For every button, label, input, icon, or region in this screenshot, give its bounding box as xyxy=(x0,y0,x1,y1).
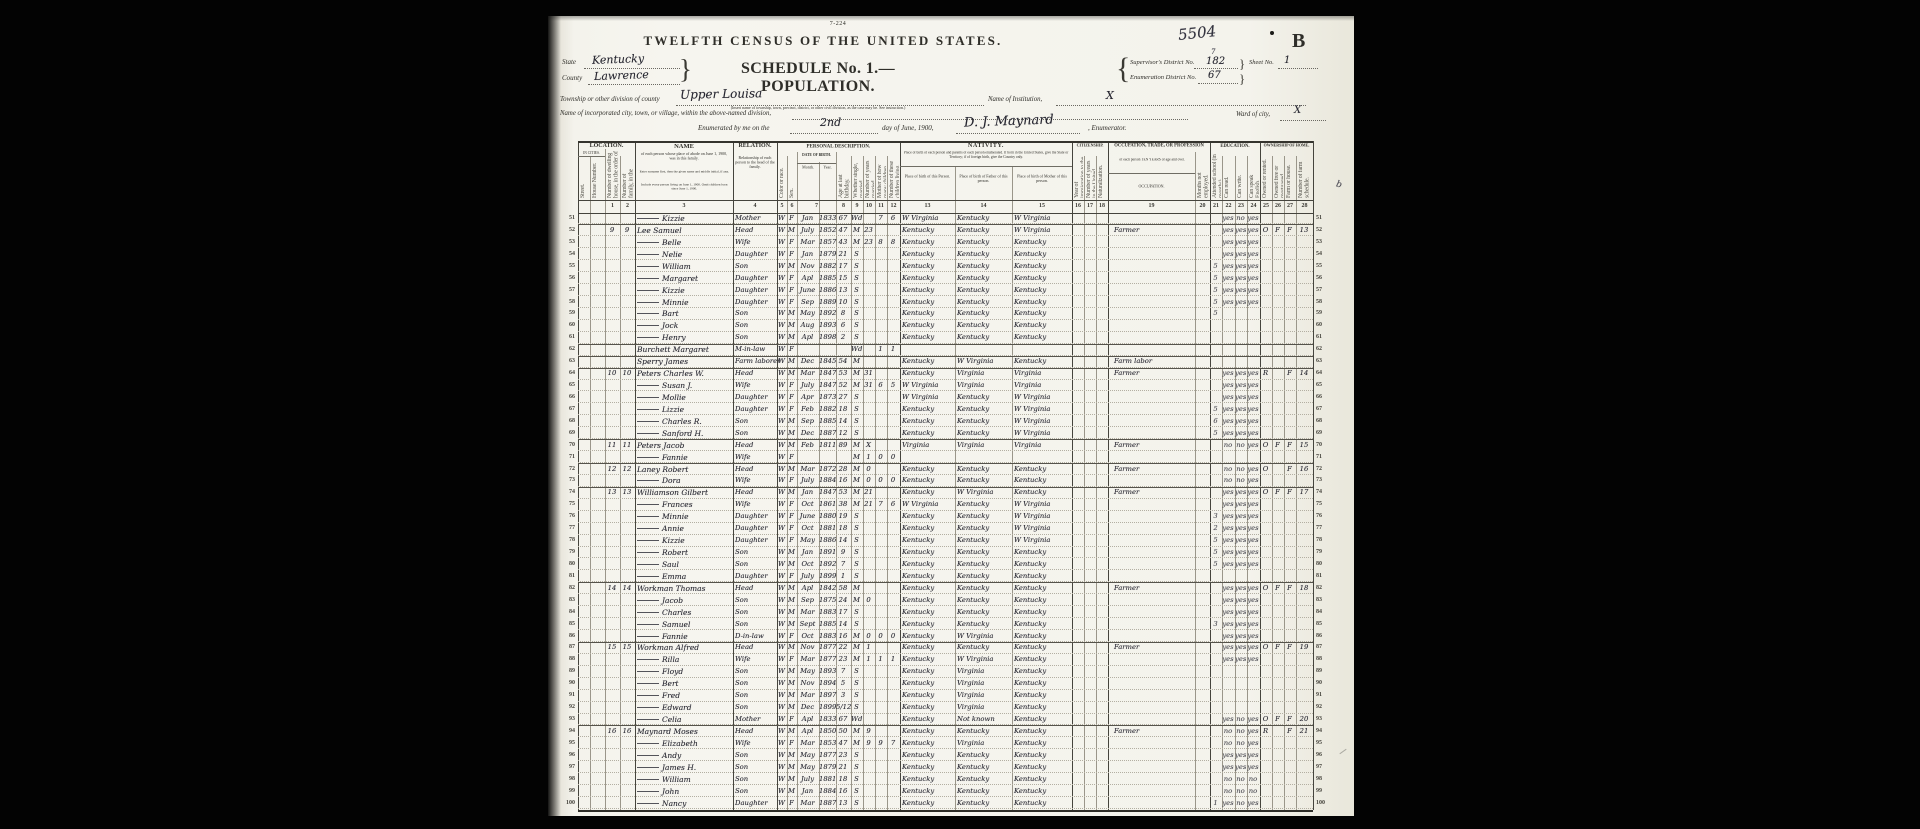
line-number: 58 xyxy=(560,299,575,305)
line-number: 84 xyxy=(560,609,575,615)
line-number: 72 xyxy=(560,466,575,472)
pob-person-box: Place of birth of this Person. xyxy=(901,174,954,196)
county-label: County xyxy=(562,74,582,82)
ditto-surname-dash xyxy=(637,659,659,660)
line-number: 52 xyxy=(1316,227,1334,233)
ditto-surname-dash xyxy=(637,480,659,481)
group-citizenship: CITIZENSHIP. xyxy=(1072,143,1108,148)
cell-rel: Daughter xyxy=(735,799,776,811)
line-number: 70 xyxy=(1316,442,1334,448)
enumerator-suffix: , Enumerator. xyxy=(1088,124,1126,132)
group-name: NAME xyxy=(635,143,733,150)
ditto-surname-dash xyxy=(637,803,659,804)
ditto-surname-dash xyxy=(637,683,659,684)
ditto-surname-dash xyxy=(637,504,659,505)
line-number: 94 xyxy=(1316,728,1334,734)
district-open-brace: { xyxy=(1116,52,1130,86)
line-number: 66 xyxy=(1316,394,1334,400)
line-number: 88 xyxy=(1316,656,1334,662)
line-number: 93 xyxy=(560,716,575,722)
column-label-age: Age at last birthday. xyxy=(838,154,850,198)
line-number: 60 xyxy=(560,322,575,328)
ditto-surname-dash xyxy=(637,624,659,625)
column-number: 17 xyxy=(1084,203,1096,209)
supervisor-value: 182 xyxy=(1206,56,1225,67)
group-location: LOCATION. xyxy=(578,143,635,149)
enumeration-district-label: Enumeration District No. xyxy=(1130,74,1196,81)
line-number: 83 xyxy=(1316,597,1334,603)
column-number: 23 xyxy=(1235,203,1247,209)
page-title: TWELFTH CENSUS OF THE UNITED STATES. xyxy=(598,33,1048,49)
column-number: 9 xyxy=(851,203,863,209)
ink-dot xyxy=(1270,31,1274,35)
nativity-desc-box: Place of birth of each person and parent… xyxy=(902,151,1070,164)
column-label-owned_rented: Owned or rented. xyxy=(1262,154,1271,198)
line-number: 90 xyxy=(1316,680,1334,686)
pob-mother-box: Place of birth of Mother of this person. xyxy=(1013,174,1071,196)
group-citizenship-box: CITIZENSHIP. xyxy=(1072,143,1108,151)
ward-value: X xyxy=(1294,105,1301,116)
grid-horizontal-line xyxy=(1108,173,1195,174)
year-label: Year. xyxy=(819,165,836,170)
cell-sex: F xyxy=(787,799,796,811)
supervisor-label: Supervisor's District No. xyxy=(1130,59,1194,66)
relation-desc: Relationship of each person to the head … xyxy=(734,156,776,169)
corner-letter: B xyxy=(1292,30,1305,53)
ditto-surname-dash xyxy=(637,516,659,517)
state-county-brace: } xyxy=(679,54,692,85)
enumerated-day: 2nd xyxy=(820,116,841,129)
grid-horizontal-line xyxy=(578,141,1313,143)
column-number: 24 xyxy=(1247,203,1260,209)
cell-pf: Kentucky xyxy=(957,799,1011,811)
ditto-surname-dash xyxy=(637,707,659,708)
line-number: 82 xyxy=(1316,585,1334,591)
line-number: 79 xyxy=(560,549,575,555)
line-number: 94 xyxy=(560,728,575,734)
occupation-desc-box: of each person TEN YEARS of age and over… xyxy=(1110,158,1194,170)
ditto-surname-dash xyxy=(637,779,659,780)
sheet-label: Sheet No. xyxy=(1249,59,1274,66)
supervisor-correction: 7 xyxy=(1211,48,1215,56)
line-number: 76 xyxy=(560,513,575,519)
cell-yr: 1887 xyxy=(819,799,835,811)
cell-pob: Kentucky xyxy=(902,799,954,811)
line-number: 92 xyxy=(1316,704,1334,710)
line-number: 96 xyxy=(1316,752,1334,758)
line-number: 63 xyxy=(560,358,575,364)
line-number: 59 xyxy=(560,310,575,316)
line-number: 91 xyxy=(1316,692,1334,698)
line-number: 55 xyxy=(560,263,575,269)
ditto-surname-dash xyxy=(637,278,659,279)
line-number: 80 xyxy=(560,561,575,567)
line-number: 72 xyxy=(1316,466,1334,472)
group-occupation: OCCUPATION, TRADE, OR PROFESSION xyxy=(1108,143,1210,148)
line-number: 99 xyxy=(560,788,575,794)
column-number: 21 xyxy=(1210,203,1222,209)
line-number: 85 xyxy=(1316,621,1334,627)
line-number: 62 xyxy=(560,346,575,352)
dob-label: DATE OF BIRTH. xyxy=(797,153,836,157)
line-number: 85 xyxy=(560,621,575,627)
column-label-color: Color or race. xyxy=(779,154,786,198)
column-label-immigration: Year of immigration to the United States… xyxy=(1074,154,1083,198)
line-number: 92 xyxy=(560,704,575,710)
ditto-surname-dash xyxy=(637,564,659,565)
line-number: 51 xyxy=(560,215,575,221)
column-number: 5 xyxy=(777,203,787,209)
column-label-family: Number of family, in the order of visita… xyxy=(622,158,634,198)
ditto-surname-dash xyxy=(637,576,659,577)
supervisor-line xyxy=(1194,67,1238,69)
ditto-surname-dash xyxy=(637,266,659,267)
ditto-surname-dash xyxy=(637,719,659,720)
dob-box: DATE OF BIRTH. xyxy=(797,153,836,160)
cell-pm: Kentucky xyxy=(1014,799,1071,811)
line-number: 65 xyxy=(560,382,575,388)
enumerated-day-line xyxy=(790,132,878,134)
ditto-surname-dash xyxy=(637,671,659,672)
line-number: 67 xyxy=(1316,406,1334,412)
line-number: 76 xyxy=(1316,513,1334,519)
line-number: 97 xyxy=(560,764,575,770)
column-label-farm_house: Farm or house. xyxy=(1286,158,1295,198)
ditto-surname-dash xyxy=(637,612,659,613)
ditto-surname-dash xyxy=(637,337,659,338)
column-number: 8 xyxy=(836,203,851,209)
column-number: 27 xyxy=(1284,203,1296,209)
line-number: 86 xyxy=(560,633,575,639)
line-number: 88 xyxy=(560,656,575,662)
column-number: 2 xyxy=(620,203,635,209)
pob-person-label: Place of birth of this Person. xyxy=(901,174,954,179)
cell-en: yes xyxy=(1247,799,1259,811)
census-sheet-page: 7-224 TWELFTH CENSUS OF THE UNITED STATE… xyxy=(548,16,1354,816)
line-number: 98 xyxy=(560,776,575,782)
column-label-years_married: Number of years married. xyxy=(865,158,874,198)
line-number: 74 xyxy=(560,489,575,495)
column-number: 15 xyxy=(1012,203,1072,209)
column-number: 18 xyxy=(1096,203,1108,209)
column-label-read: Can read. xyxy=(1224,158,1234,198)
column-number: 11 xyxy=(875,203,887,209)
column-label-house: House Number. xyxy=(592,158,604,198)
enumeration-close-brace: } xyxy=(1239,71,1245,87)
column-number: 1 xyxy=(605,203,620,209)
state-value: Kentucky xyxy=(592,52,644,67)
institution-line xyxy=(1056,104,1306,106)
group-nativity: NATIVITY. xyxy=(900,143,1072,149)
name-desc1: of each person whose place of abode on J… xyxy=(638,152,730,161)
group-education-box: EDUCATION. xyxy=(1210,143,1260,151)
group-ownership: OWNERSHIP OF HOME. xyxy=(1260,143,1313,148)
line-number: 97 xyxy=(1316,764,1334,770)
column-label-farm_schedule: Number of farm schedule. xyxy=(1298,158,1312,198)
ditto-surname-dash xyxy=(637,313,659,314)
column-label-dwelling: Number of dwelling house, in the order o… xyxy=(607,151,619,198)
occupation-sub-box: OCCUPATION. xyxy=(1108,184,1195,192)
group-relation: RELATION. xyxy=(733,143,777,149)
line-number: 61 xyxy=(560,334,575,340)
line-number: 74 xyxy=(1316,489,1334,495)
column-label-free_mortgaged: Owned free or mortgaged. xyxy=(1274,158,1283,198)
line-number: 73 xyxy=(560,477,575,483)
line-number: 87 xyxy=(560,644,575,650)
column-label-mother_children: Mother of how many children. xyxy=(877,158,886,198)
column-number: 14 xyxy=(955,203,1012,209)
line-number: 87 xyxy=(1316,644,1334,650)
enumeration-line xyxy=(1198,82,1238,84)
column-number: 19 xyxy=(1108,203,1195,209)
cell-mo: Mar xyxy=(797,799,818,811)
line-number: 53 xyxy=(1316,239,1334,245)
screenshot-root: { "page": { "form_number": "7-224", "tit… xyxy=(0,0,1920,829)
line-number: 69 xyxy=(560,430,575,436)
line-number: 52 xyxy=(560,227,575,233)
ward-line xyxy=(1280,119,1326,121)
line-number: 83 xyxy=(560,597,575,603)
line-number: 57 xyxy=(1316,287,1334,293)
line-number: 82 xyxy=(560,585,575,591)
cell-mar: S xyxy=(851,799,862,811)
enumerator-name-line xyxy=(956,132,1080,134)
cell-age: 13 xyxy=(836,799,850,811)
column-number: 25 xyxy=(1260,203,1272,209)
name-desc3: Include every person living on June 1, 1… xyxy=(638,183,730,190)
line-number: 95 xyxy=(560,740,575,746)
cell-wr: no xyxy=(1235,799,1246,811)
sheet-line xyxy=(1278,67,1318,69)
pob-mother-label: Place of birth of Mother of this person. xyxy=(1013,174,1071,183)
ditto-surname-dash xyxy=(637,528,659,529)
ditto-surname-dash xyxy=(637,290,659,291)
column-label-street: Street. xyxy=(580,154,589,198)
margin-mark: b xyxy=(1335,179,1343,190)
line-number: 59 xyxy=(1316,310,1334,316)
column-label-children_living: Number of these children living. xyxy=(889,158,899,198)
grid-horizontal-line xyxy=(797,163,836,164)
relation-desc-box: Relationship of each person to the head … xyxy=(734,156,776,178)
column-label-english: Can speak English. xyxy=(1249,158,1259,198)
line-number: 91 xyxy=(560,692,575,698)
line-number: 100 xyxy=(1316,800,1334,806)
pob-father-box: Place of birth of Father of this person. xyxy=(956,174,1011,196)
ditto-surname-dash xyxy=(637,218,659,219)
ditto-surname-dash xyxy=(637,242,659,243)
line-number: 71 xyxy=(1316,454,1334,460)
column-number: 3 xyxy=(635,203,733,209)
cell-name: Nancy xyxy=(637,799,731,811)
line-number: 77 xyxy=(1316,525,1334,531)
line-number: 63 xyxy=(1316,358,1334,364)
township-value: Upper Louisa xyxy=(680,86,762,101)
line-number: 56 xyxy=(1316,275,1334,281)
sheet-value: 1 xyxy=(1284,55,1290,66)
line-number: 93 xyxy=(1316,716,1334,722)
line-number: 96 xyxy=(560,752,575,758)
ward-label: Ward of city, xyxy=(1236,111,1270,118)
month-label: Month. xyxy=(797,165,819,170)
line-number: 86 xyxy=(1316,633,1334,639)
line-number: 81 xyxy=(1316,573,1334,579)
column-label-months_unemployed: Months not employed. xyxy=(1197,154,1209,198)
column-label-marital: Whether single, married, widowed, or div… xyxy=(853,158,862,198)
enumeration-value: 67 xyxy=(1208,70,1221,81)
ditto-surname-dash xyxy=(637,755,659,756)
line-number: 73 xyxy=(1316,477,1334,483)
name-desc3-box: Include every person living on June 1, 1… xyxy=(638,183,730,197)
column-label-sex: Sex. xyxy=(789,158,796,198)
ditto-surname-dash xyxy=(637,302,659,303)
line-number: 90 xyxy=(560,680,575,686)
name-desc2-box: Enter surname first, then the given name… xyxy=(638,170,730,182)
institution-label: Name of Institution, xyxy=(988,96,1042,103)
nativity-desc: Place of birth of each person and parent… xyxy=(902,151,1070,159)
cell-rd: yes xyxy=(1222,799,1234,811)
line-number: 58 xyxy=(1316,299,1334,305)
line-number: 64 xyxy=(560,370,575,376)
cell-col: W xyxy=(777,799,786,811)
ditto-surname-dash xyxy=(637,457,659,458)
group-personal: PERSONAL DESCRIPTION. xyxy=(777,143,900,149)
group-education: EDUCATION. xyxy=(1210,143,1260,148)
line-number: 75 xyxy=(1316,501,1334,507)
column-label-write: Can write. xyxy=(1237,158,1246,198)
column-label-naturalization: Naturalization. xyxy=(1098,158,1107,198)
column-number: 10 xyxy=(863,203,875,209)
column-number: 26 xyxy=(1272,203,1284,209)
ditto-surname-dash xyxy=(637,743,659,744)
line-number: 62 xyxy=(1316,346,1334,352)
supervisor-close-brace: } xyxy=(1239,56,1245,72)
institution-value: X xyxy=(1106,89,1114,102)
line-number: 78 xyxy=(560,537,575,543)
line-number: 98 xyxy=(1316,776,1334,782)
column-label-school: Attended school (in months). xyxy=(1212,154,1221,198)
column-number: 6 xyxy=(787,203,797,209)
township-label: Township or other division of county xyxy=(560,96,660,103)
ditto-surname-dash xyxy=(637,767,659,768)
grid-horizontal-line xyxy=(578,200,1313,201)
column-number: 12 xyxy=(887,203,900,209)
line-number: 64 xyxy=(1316,370,1334,376)
line-number: 84 xyxy=(1316,609,1334,615)
line-number: 61 xyxy=(1316,334,1334,340)
line-number: 71 xyxy=(560,454,575,460)
group-personal-box: PERSONAL DESCRIPTION. xyxy=(777,143,900,151)
column-number: 20 xyxy=(1195,203,1210,209)
state-label: State xyxy=(562,58,576,66)
column-number: 16 xyxy=(1072,203,1084,209)
ditto-surname-dash xyxy=(637,385,659,386)
line-number: 81 xyxy=(560,573,575,579)
ditto-surname-dash xyxy=(637,791,659,792)
cell-sch: 1 xyxy=(1210,799,1221,811)
line-number: 77 xyxy=(560,525,575,531)
county-line xyxy=(588,83,680,85)
name-desc1-box: of each person whose place of abode on J… xyxy=(638,152,730,168)
line-number: 53 xyxy=(560,239,575,245)
name-desc2: Enter surname first, then the given name… xyxy=(638,170,730,174)
county-value: Lawrence xyxy=(594,68,649,83)
ditto-surname-dash xyxy=(637,254,659,255)
ditto-surname-dash xyxy=(637,325,659,326)
year-box: Year. xyxy=(819,165,836,172)
line-number: 67 xyxy=(560,406,575,412)
line-number: 56 xyxy=(560,275,575,281)
line-number: 68 xyxy=(1316,418,1334,424)
column-number: 7 xyxy=(797,203,836,209)
occupation-desc: of each person TEN YEARS of age and over… xyxy=(1110,158,1194,162)
ditto-surname-dash xyxy=(637,600,659,601)
column-number: 22 xyxy=(1222,203,1235,209)
corner-handwritten-number: 5504 xyxy=(1177,22,1217,44)
ditto-surname-dash xyxy=(637,397,659,398)
column-number: 28 xyxy=(1296,203,1313,209)
line-number: 70 xyxy=(560,442,575,448)
column-number: 4 xyxy=(733,203,777,209)
line-number: 100 xyxy=(560,800,575,806)
enumerator-name: D. J. Maynard xyxy=(964,112,1054,130)
city-label: Name of incorporated city, town, or vill… xyxy=(560,110,771,117)
line-number: 80 xyxy=(1316,561,1334,567)
line-number: 57 xyxy=(560,287,575,293)
column-number: 13 xyxy=(900,203,955,209)
margin-stray-stroke xyxy=(1339,749,1346,754)
line-number: 68 xyxy=(560,418,575,424)
line-number: 78 xyxy=(1316,537,1334,543)
line-number: 69 xyxy=(1316,430,1334,436)
line-number: 75 xyxy=(560,501,575,507)
month-box: Month. xyxy=(797,165,819,172)
line-number: 99 xyxy=(1316,788,1334,794)
column-label-years_us: Number of years in the United States. xyxy=(1086,158,1095,198)
grid-horizontal-line xyxy=(900,166,1072,167)
ditto-surname-dash xyxy=(637,421,659,422)
line-number: 51 xyxy=(1316,215,1334,221)
ditto-surname-dash xyxy=(637,636,659,637)
line-number: 89 xyxy=(1316,668,1334,674)
line-number: 60 xyxy=(1316,322,1334,328)
line-number: 89 xyxy=(560,668,575,674)
ditto-surname-dash xyxy=(637,409,659,410)
ditto-surname-dash xyxy=(637,552,659,553)
ditto-surname-dash xyxy=(637,695,659,696)
line-number: 54 xyxy=(1316,251,1334,257)
form-number: 7-224 xyxy=(793,21,883,27)
line-number: 65 xyxy=(1316,382,1334,388)
line-number: 79 xyxy=(1316,549,1334,555)
enumerated-mid: day of June, 1900, xyxy=(882,124,934,132)
occupation-sub-label: OCCUPATION. xyxy=(1108,184,1195,189)
ditto-surname-dash xyxy=(637,433,659,434)
ditto-surname-dash xyxy=(637,540,659,541)
line-number: 95 xyxy=(1316,740,1334,746)
enumerated-prefix: Enumerated by me on the xyxy=(698,124,770,132)
line-number: 66 xyxy=(560,394,575,400)
line-number: 54 xyxy=(560,251,575,257)
line-number: 55 xyxy=(1316,263,1334,269)
pob-father-label: Place of birth of Father of this person. xyxy=(956,174,1011,183)
